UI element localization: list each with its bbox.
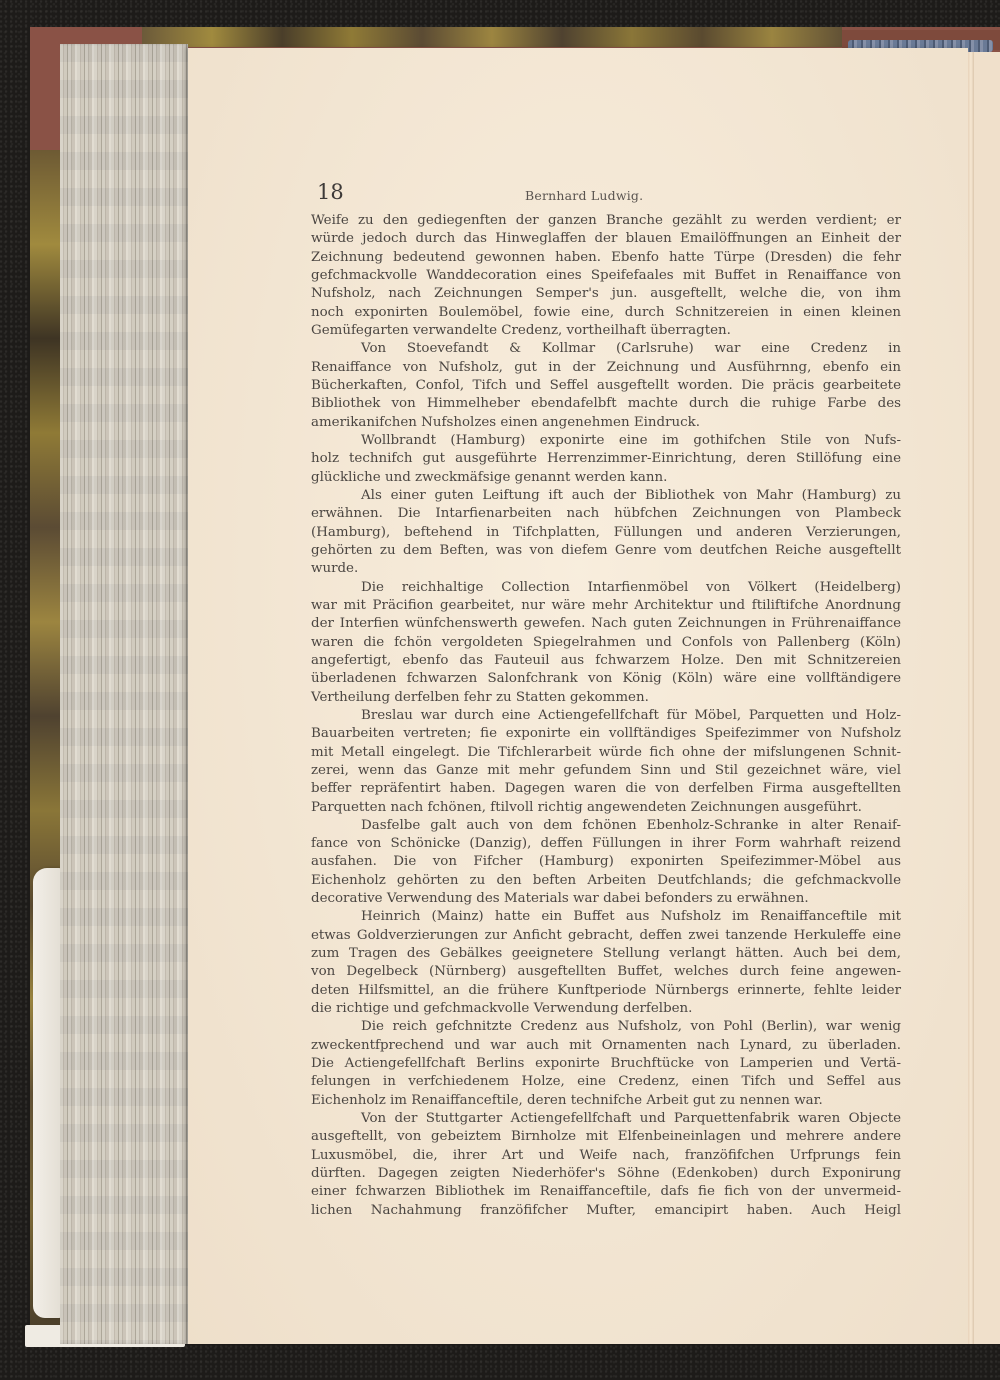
text-line: von Degelbeck (Nürnberg) ausgeftellten B… [311, 963, 901, 981]
text-line: zum Tragen des Gebälkes geeignetere Stel… [311, 945, 901, 963]
text-line: würde jedoch durch das Hinweglaffen der … [311, 230, 901, 248]
next-page-edge [974, 52, 1000, 1344]
text-line: Von Stoevefandt & Kollmar (Carlsruhe) wa… [311, 340, 901, 358]
text-line: Bauarbeiten vertreten; fie exponirte ein… [311, 725, 901, 743]
text-line: waren die fchön vergoldeten Spiegelrahme… [311, 634, 901, 652]
text-line: Zeichnung bedeutend gewonnen haben. Eben… [311, 249, 901, 267]
text-line: Luxusmöbel, die, ihrer Art und Weife nac… [311, 1147, 901, 1165]
page-number: 18 [317, 180, 344, 204]
text-line: decorative Verwendung des Materials war … [311, 890, 901, 908]
marbled-board-top [142, 27, 842, 47]
text-line: Heinrich (Mainz) hatte ein Buffet aus Nu… [311, 908, 901, 926]
text-line: glückliche und zweckmäfsige genannt werd… [311, 469, 901, 487]
text-line: fance von Schönicke (Danzig), deffen Fül… [311, 835, 901, 853]
text-line: etwas Goldverzierungen zur Anficht gebra… [311, 927, 901, 945]
folded-page-corner [33, 868, 63, 1318]
text-line: Bücherkaften, Confol, Tifch und Seffel a… [311, 377, 901, 395]
text-line: Als einer guten Leiftung ift auch der Bi… [311, 487, 901, 505]
body-text: Weife zu den gediegenften der ganzen Bra… [311, 212, 901, 1220]
running-head: Bernhard Ludwig. [525, 188, 643, 203]
text-line: Renaiffance von Nufsholz, gut in der Zei… [311, 359, 901, 377]
text-line: mit Metall eingelegt. Die Tifchlerarbeit… [311, 744, 901, 762]
text-line: felungen in verfchiedenem Holze, eine Cr… [311, 1073, 901, 1091]
text-line: war mit Präcifion gearbeitet, nur wäre m… [311, 597, 901, 615]
page-header: 18 Bernhard Ludwig. [317, 180, 900, 210]
text-line: Eichenholz im Renaiffanceftile, deren te… [311, 1092, 901, 1110]
text-line: zerei, wenn das Ganze mit mehr gefundem … [311, 762, 901, 780]
text-line: Gemüfegarten verwandelte Credenz, vorthe… [311, 322, 901, 340]
text-line: ausgeftellt, von gebeiztem Birnholze mit… [311, 1128, 901, 1146]
text-line: noch exponirten Boulemöbel, fowie eine, … [311, 304, 901, 322]
text-line: wurde. [311, 560, 901, 578]
text-line: lichen Nachahmung franzöfifcher Mufter, … [311, 1202, 901, 1220]
text-line: amerikanifchen Nufsholzes einen angenehm… [311, 414, 901, 432]
text-line: gehörten zu dem Beften, was von diefem G… [311, 542, 901, 560]
text-line: holz technifch gut ausgeführte Herrenzim… [311, 450, 901, 468]
text-line: Vertheilung derfelben fehr zu Statten ge… [311, 689, 901, 707]
text-line: angefertigt, ebenfo das Fauteuil aus fch… [311, 652, 901, 670]
text-line: zweckentfprechend und war auch mit Ornam… [311, 1037, 901, 1055]
text-line: Die Actiengefellfchaft Berlins exponirte… [311, 1055, 901, 1073]
text-line: Die reich gefchnitzte Credenz aus Nufsho… [311, 1018, 901, 1036]
text-line: dürften. Dagegen zeigten Niederhöfer's S… [311, 1165, 901, 1183]
text-line: Breslau war durch eine Actiengefellfchaf… [311, 707, 901, 725]
text-line: der Interfien wünfchenswerth gewefen. Na… [311, 615, 901, 633]
text-line: (Hamburg), beftehend in Tifchplatten, Fü… [311, 524, 901, 542]
text-line: erwähnen. Die Intarfienarbeiten nach hüb… [311, 505, 901, 523]
text-line: Eichenholz gehörten zu den beften Arbeit… [311, 872, 901, 890]
text-line: die richtige und gefchmackvolle Verwendu… [311, 1000, 901, 1018]
text-line: deten Hilfsmittel, an die frühere Kunftp… [311, 982, 901, 1000]
text-line: Weife zu den gediegenften der ganzen Bra… [311, 212, 901, 230]
page-block-edge [60, 44, 188, 1344]
text-line: ausfahen. Die von Fifcher (Hamburg) expo… [311, 853, 901, 871]
text-line: Dasfelbe galt auch von dem fchönen Ebenh… [311, 817, 901, 835]
text-line: Von der Stuttgarter Actiengefellfchaft u… [311, 1110, 901, 1128]
text-line: Parquetten nach fchönen, ftilvoll richti… [311, 799, 901, 817]
text-line: Nufsholz, nach Zeichnungen Semper's jun.… [311, 285, 901, 303]
text-line: gefchmackvolle Wanddecoration eines Spei… [311, 267, 901, 285]
text-line: einer fchwarzen Bibliothek im Renaiffanc… [311, 1183, 901, 1201]
text-line: Die reichhaltige Collection Intarfienmöb… [311, 579, 901, 597]
text-line: Bibliothek von Himmelheber ebendafelbft … [311, 395, 901, 413]
text-line: Wollbrandt (Hamburg) exponirte eine im g… [311, 432, 901, 450]
text-line: überladenen fchwarzen Salonfchrank von K… [311, 670, 901, 688]
text-line: beffer repräfentirt haben. Dagegen waren… [311, 780, 901, 798]
